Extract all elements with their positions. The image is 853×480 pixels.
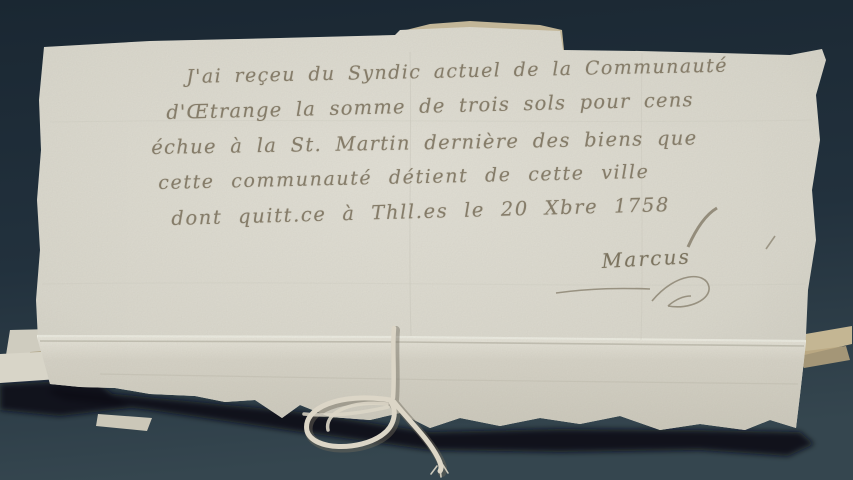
photo-canvas (0, 0, 853, 480)
archive-photo-frame: J'ai reçeu du Syndic actuel de la Commun… (0, 0, 853, 480)
